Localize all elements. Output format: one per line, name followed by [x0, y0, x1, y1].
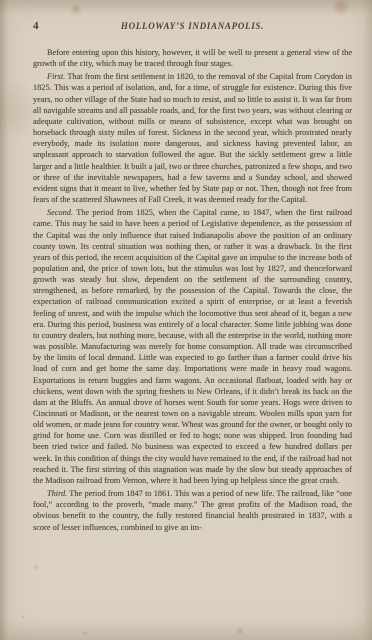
running-header-title: HOLLOWAY’S INDIANAPOLIS. [33, 21, 352, 31]
paragraph-intro: Before entering upon this history, howev… [33, 47, 352, 69]
paragraph-text: The period from 1847 to 1861. This was a… [33, 489, 352, 531]
paragraph-text: That from the first settlement in 1820, … [33, 72, 352, 204]
paragraph-second-stage: Second. The period from 1825, when the C… [33, 207, 352, 486]
paragraph-lead-word: Second. [47, 208, 73, 217]
scanned-book-page: 4 HOLLOWAY’S INDIANAPOLIS. Before enteri… [0, 0, 372, 640]
paragraph-third-stage: Third. The period from 1847 to 1861. Thi… [33, 488, 352, 533]
paragraph-lead-word: Third. [47, 489, 67, 498]
running-header: 4 HOLLOWAY’S INDIANAPOLIS. [33, 0, 352, 35]
body-text-column: Before entering upon this history, howev… [33, 47, 352, 533]
paragraph-text: The period from 1825, when the Capital c… [33, 208, 352, 485]
page-number: 4 [33, 20, 39, 32]
paragraph-text: Before entering upon this history, howev… [33, 48, 352, 68]
paragraph-lead-word: First. [47, 72, 65, 81]
paragraph-first-stage: First. That from the first settlement in… [33, 71, 352, 205]
